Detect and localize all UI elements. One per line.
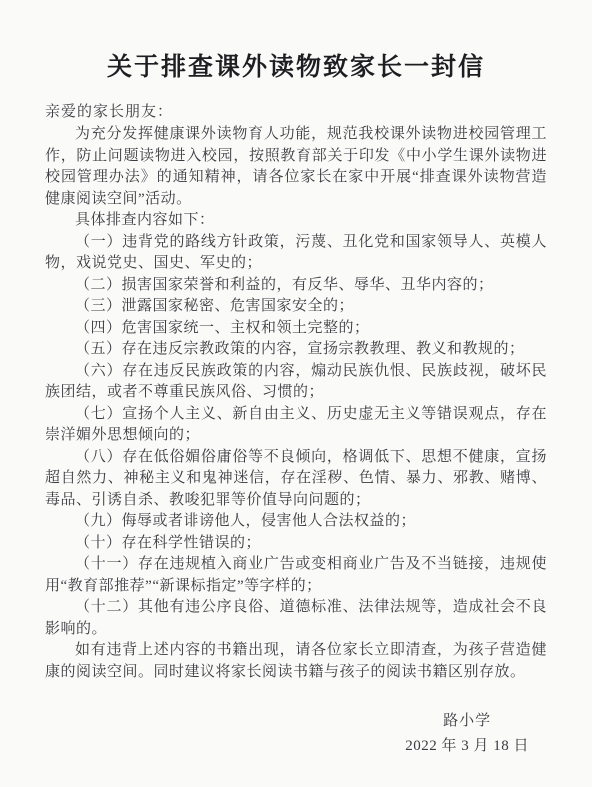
letter-paragraph: （十一）存在违规植入商业广告或变相商业广告及不当链接，违规使用“教育部推荐”“新… [45, 554, 547, 597]
letter-paragraph: （四）危害国家统一、主权和领土完整的； [45, 318, 547, 340]
letter-title: 关于排查课外读物致家长一封信 [45, 50, 547, 86]
letter-paragraph: （九）侮辱或者诽谤他人，侵害他人合法权益的； [45, 511, 547, 533]
signature-date: 2022 年 3 月 18 日 [405, 734, 529, 759]
letter-paragraph: （十）存在科学性错误的； [45, 533, 547, 555]
letter-paragraph: （八）存在低俗媚俗庸俗等不良倾向，格调低下、思想不健康，宣扬超自然力、神秘主义和… [45, 447, 547, 512]
letter-paragraph: 为充分发挥健康课外读物育人功能，规范我校课外读物进校园管理工作，防止问题读物进入… [45, 124, 547, 210]
letter-paragraph: （一）违背党的路线方针政策，污蔑、丑化党和国家领导人、英模人物，戏说党史、国史、… [45, 232, 547, 275]
signature-school: 路小学 [405, 709, 529, 734]
letter-paragraph: （三）泄露国家秘密、危害国家安全的； [45, 296, 547, 318]
letter-body: 为充分发挥健康课外读物育人功能，规范我校课外读物进校园管理工作，防止问题读物进入… [45, 124, 547, 683]
letter-paragraph: 如有违背上述内容的书籍出现，请各位家长立即清查，为孩子营造健康的阅读空间。同时建… [45, 640, 547, 683]
letter-paragraph: （六）存在违反民族政策的内容，煽动民族仇恨、民族歧视，破坏民族团结，或者不尊重民… [45, 361, 547, 404]
salutation: 亲爱的家长朋友： [45, 100, 547, 124]
letter-paragraph: （七）宣扬个人主义、新自由主义、历史虚无主义等错误观点，存在崇洋媚外思想倾向的； [45, 404, 547, 447]
letter-paragraph: 具体排查内容如下： [45, 210, 547, 232]
letter-paragraph: （十二）其他有违公序良俗、道德标准、法律法规等，造成社会不良影响的。 [45, 597, 547, 640]
letter-paragraph: （二）损害国家荣誉和利益的，有反华、辱华、丑华内容的； [45, 275, 547, 297]
signature-block: 路小学 2022 年 3 月 18 日 [405, 709, 529, 759]
letter-page: 关于排查课外读物致家长一封信 亲爱的家长朋友： 为充分发挥健康课外读物育人功能，… [0, 0, 592, 787]
letter-paragraph: （五）存在违反宗教政策的内容，宣扬宗教教理、教义和教规的； [45, 339, 547, 361]
